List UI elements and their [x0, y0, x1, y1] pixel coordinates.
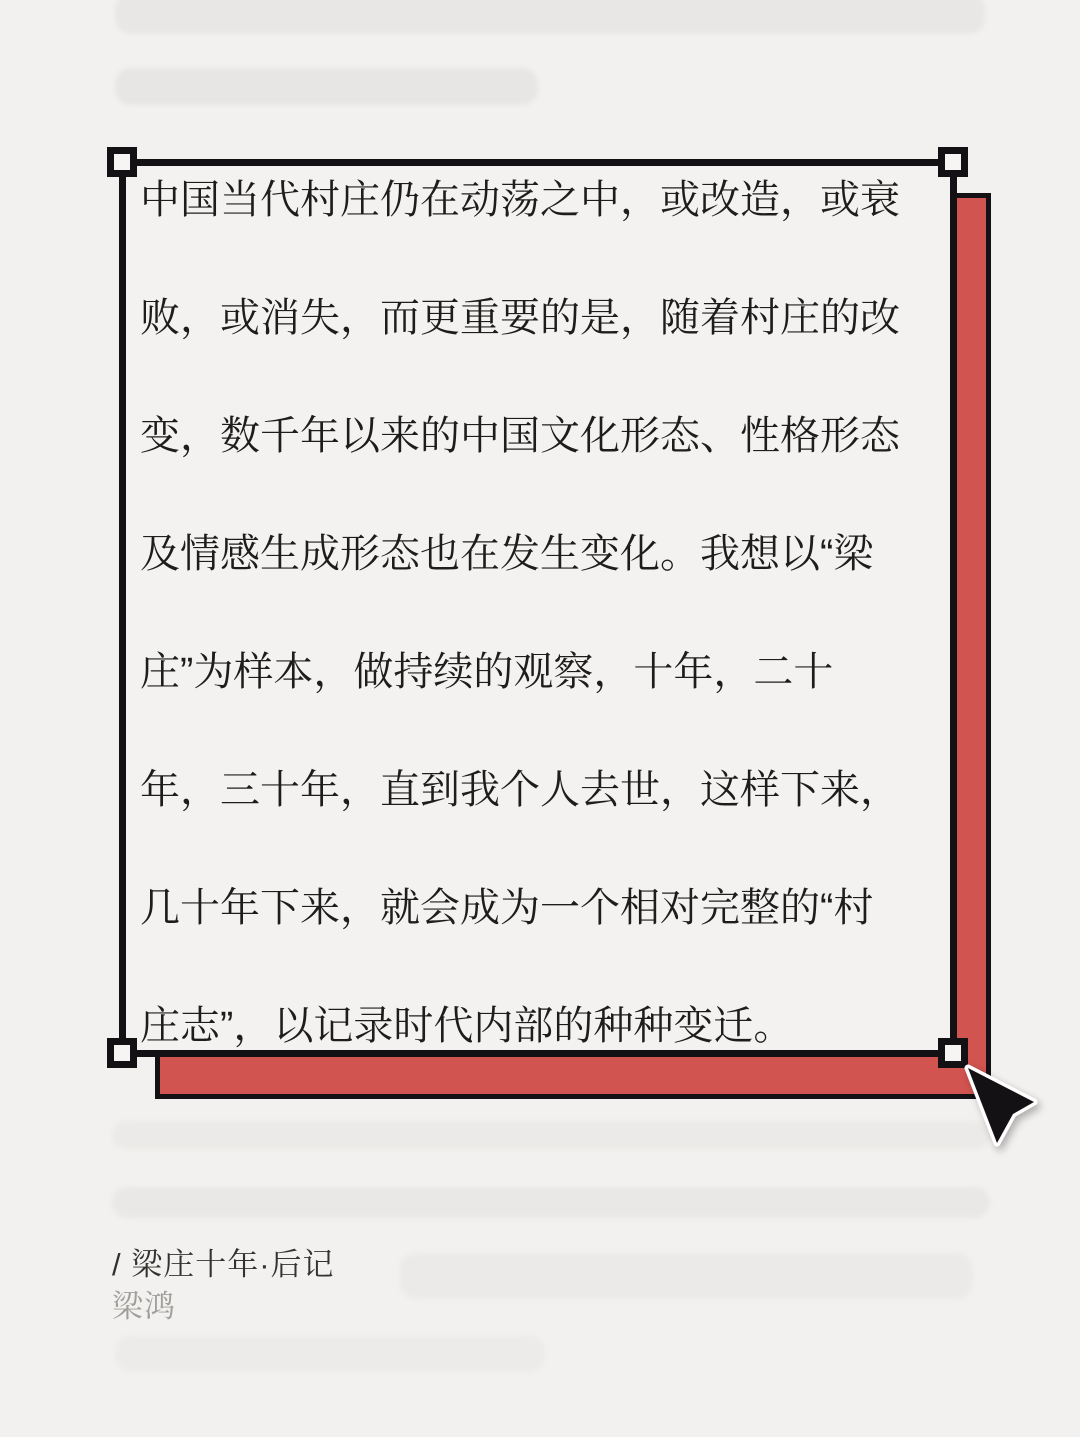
selection-handle-top-left[interactable]: [107, 147, 137, 177]
blurred-text-line: [115, 1336, 545, 1372]
selection-handle-bottom-left[interactable]: [107, 1038, 137, 1068]
quote-line: 年，三十年，直到我个人去世，这样下来，: [140, 768, 946, 886]
quote-line: 败，或消失，而更重要的是，随着村庄的改: [140, 296, 946, 414]
blurred-text-line: [112, 1187, 990, 1218]
book-author: 梁鸿: [112, 1286, 335, 1328]
quote-line: 庄志”，以记录时代内部的种种变迁。: [140, 1004, 946, 1057]
quote-line: 几十年下来，就会成为一个相对完整的“村: [140, 886, 946, 1004]
mouse-cursor-icon: [962, 1062, 1046, 1154]
text-selection-box[interactable]: 中国当代村庄仍在动荡之中，或改造，或衰 败，或消失，而更重要的是，随着村庄的改 …: [119, 159, 957, 1057]
quote-line: 及情感生成形态也在发生变化。我想以“梁: [140, 532, 946, 650]
citation: / 梁庄十年·后记 梁鸿: [112, 1244, 335, 1328]
blurred-text-line: [115, 0, 985, 34]
quote-line: 变，数千年以来的中国文化形态、性格形态: [140, 414, 946, 532]
blurred-text-line: [112, 1121, 990, 1149]
blurred-text-line: [400, 1253, 973, 1299]
blurred-text-line: [115, 68, 538, 105]
book-source: / 梁庄十年·后记: [112, 1244, 335, 1286]
quote-share-screen: 中国当代村庄仍在动荡之中，或改造，或衰 败，或消失，而更重要的是，随着村庄的改 …: [0, 0, 1080, 1437]
selection-handle-top-right[interactable]: [938, 147, 968, 177]
quote-line: 庄”为样本，做持续的观察，十年，二十: [140, 650, 946, 768]
quote-line: 中国当代村庄仍在动荡之中，或改造，或衰: [140, 178, 946, 296]
